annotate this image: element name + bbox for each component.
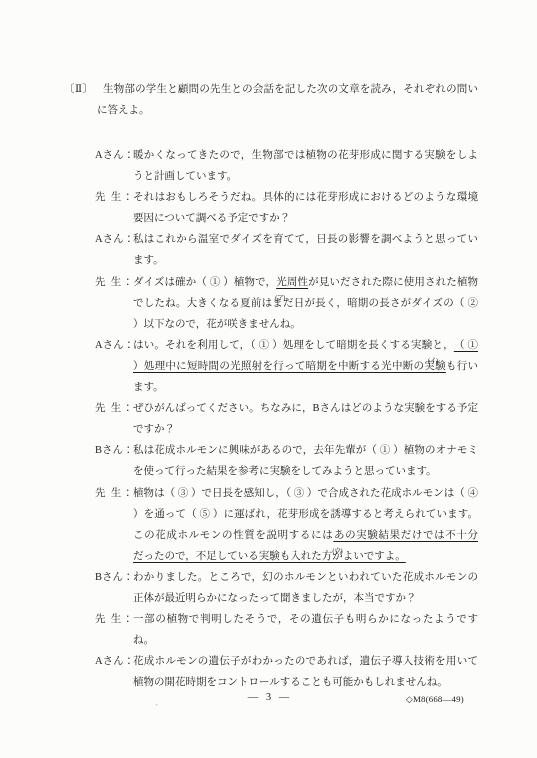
underline-marker: (イ) <box>428 359 438 366</box>
section-number: 〔Ⅱ〕 <box>64 79 94 100</box>
section-header: 〔Ⅱ〕 生物部の学生と顧問の先生との会話を記した次の文章を読み，それぞれの問いに… <box>64 79 478 121</box>
dialogue-line: 先 生：それはおもしろそうだね。具体的には花芽形成におけるどのような環境要因につ… <box>95 187 483 229</box>
dialogue-line: 先 生：植物は（ ③ ）で日長を感知し，（ ③ ）で合成された花成ホルモンは（ … <box>95 483 483 567</box>
speaker-label: Aさん： <box>95 335 133 356</box>
dialogue-text: わかりました。ところで，幻のホルモンといわれていた花成ホルモンの正体が最近明らか… <box>133 567 478 609</box>
text-segment: 私はこれから温室でダイズを育てて，日長の影響を調べようと思っています。 <box>133 234 478 266</box>
speaker-label: Aさん： <box>95 651 133 672</box>
dialogue-line: 先 生：ダイズは確か（ ① ）植物で，(ア)光周性が見いだされた際に使用された植… <box>95 272 483 335</box>
dialogue-text: 私は花成ホルモンに興味があるので，去年先輩が（ ① ）植物のオナモミを使って行っ… <box>133 440 478 482</box>
speaker-label: Bさん： <box>95 440 133 461</box>
dialogue-text: 暖かくなってきたので，生物部では植物の花芽形成に関する実験をしようと計画していま… <box>133 145 478 187</box>
dialogue-line: Bさん：私は花成ホルモンに興味があるので，去年先輩が（ ① ）植物のオナモミを使… <box>95 440 483 482</box>
text-segment: ダイズは確か（ ① ）植物で， <box>133 277 276 288</box>
text-segment: それはおもしろそうだね。具体的には花芽形成におけるどのような環境要因について調べ… <box>133 192 478 224</box>
text-segment: 暖かくなってきたので，生物部では植物の花芽形成に関する実験をしようと計画していま… <box>133 150 478 182</box>
speaker-label: Aさん： <box>95 145 133 166</box>
text-segment: わかりました。ところで，幻のホルモンといわれていた花成ホルモンの正体が最近明らか… <box>133 572 478 604</box>
text-segment: はい。それを利用して，（ ① ）処理をして暗期を長くする実験と， <box>133 340 454 351</box>
text-segment: 私は花成ホルモンに興味があるので，去年先輩が（ ① ）植物のオナモミを使って行っ… <box>133 445 478 477</box>
dialogue-line: Bさん：わかりました。ところで，幻のホルモンといわれていた花成ホルモンの正体が最… <box>95 567 483 609</box>
dialogue-text: ダイズは確か（ ① ）植物で，(ア)光周性が見いだされた際に使用された植物でした… <box>133 272 478 335</box>
speaker-label: 先 生： <box>95 187 133 208</box>
underlined-text: 光周性 <box>276 277 308 288</box>
dialogue-text: それはおもしろそうだね。具体的には花芽形成におけるどのような環境要因について調べ… <box>133 187 478 229</box>
dialogue-line: 先 生：ぜひがんばってください。ちなみに，Bさんはどのような実験をする予定ですか… <box>95 398 483 440</box>
dialogue: Aさん：暖かくなってきたので，生物部では植物の花芽形成に関する実験をしようと計画… <box>95 145 483 693</box>
dialogue-text: 一部の植物で判明したそうで，その遺伝子も明らかになったようですね。 <box>133 609 478 651</box>
document-code: ◇M8(668—49) <box>406 689 464 710</box>
speaker-label: Aさん： <box>95 229 133 250</box>
text-segment: 花成ホルモンの遺伝子がわかったのであれば，遺伝子導入技術を用いて植物の開花時期を… <box>133 656 478 688</box>
dialogue-text: 植物は（ ③ ）で日長を感知し，（ ③ ）で合成された花成ホルモンは（ ④ ）を… <box>133 483 478 567</box>
speaker-label: 先 生： <box>95 483 133 504</box>
dialogue-line: 先 生：一部の植物で判明したそうで，その遺伝子も明らかになったようですね。 <box>95 609 483 651</box>
dialogue-text: ぜひがんばってください。ちなみに，Bさんはどのような実験をする予定ですか？ <box>133 398 478 440</box>
underline-marker: (ウ) <box>332 549 342 556</box>
speaker-label: 先 生： <box>95 272 133 293</box>
underline-marker: (ア) <box>275 296 285 303</box>
section-instruction: 生物部の学生と顧問の先生との会話を記した次の文章を読み，それぞれの問いに答えよ。 <box>97 79 478 121</box>
dialogue-text: 私はこれから温室でダイズを育てて，日長の影響を調べようと思っています。 <box>133 229 478 271</box>
text-segment: 一部の植物で判明したそうで，その遺伝子も明らかになったようですね。 <box>133 614 478 646</box>
dialogue-line: Aさん：暖かくなってきたので，生物部では植物の花芽形成に関する実験をしようと計画… <box>95 145 483 187</box>
speaker-label: 先 生： <box>95 609 133 630</box>
exam-page: 〔Ⅱ〕 生物部の学生と顧問の先生との会話を記した次の文章を読み，それぞれの問いに… <box>0 0 537 758</box>
dialogue-line: Aさん：はい。それを利用して，（ ① ）処理をして暗期を長くする実験と，(イ)（… <box>95 335 483 398</box>
text-segment: ぜひがんばってください。ちなみに，Bさんはどのような実験をする予定ですか？ <box>133 403 478 435</box>
dialogue-text: はい。それを利用して，（ ① ）処理をして暗期を長くする実験と，(イ)（ ① ）… <box>133 335 478 398</box>
speaker-label: Bさん： <box>95 567 133 588</box>
speaker-label: 先 生： <box>95 398 133 419</box>
dialogue-line: Aさん：私はこれから温室でダイズを育てて，日長の影響を調べようと思っています。 <box>95 229 483 271</box>
